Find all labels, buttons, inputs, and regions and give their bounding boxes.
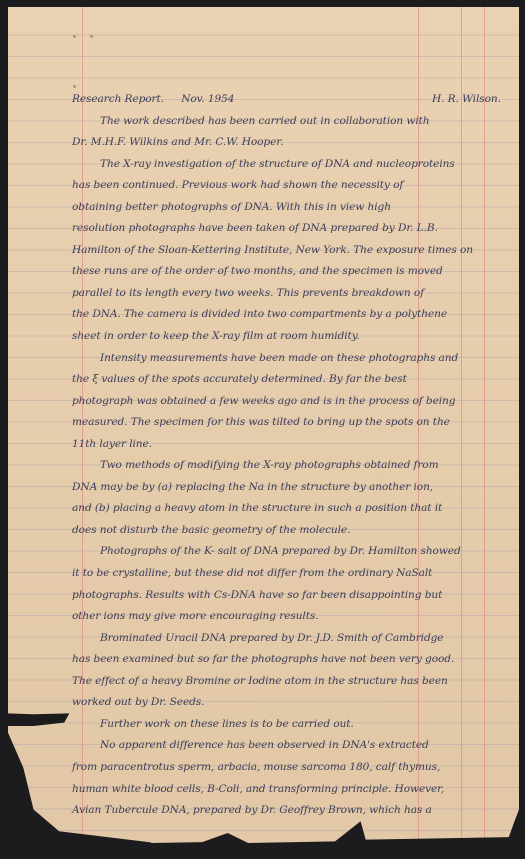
punch-mark [90, 35, 93, 38]
text-line: The X-ray investigation of the structure… [72, 154, 512, 176]
text-line: Further work on these lines is to be car… [72, 714, 512, 736]
text-line: obtaining better photographs of DNA. Wit… [72, 197, 512, 219]
text-line: The work described has been carried out … [72, 111, 512, 133]
text-line: resolution photographs have been taken o… [72, 218, 512, 240]
text-line: has been examined but so far the photogr… [72, 649, 512, 671]
report-author: H. R. Wilson. [432, 89, 501, 111]
punch-mark [73, 35, 76, 38]
text-line: sheet in order to keep the X-ray film at… [72, 326, 512, 348]
text-line: worked out by Dr. Seeds. [72, 692, 512, 714]
text-line: the DNA. The camera is divided into two … [72, 304, 512, 326]
text-line: No apparent difference has been observed… [72, 735, 512, 757]
text-line: Two methods of modifying the X-ray photo… [72, 455, 512, 477]
text-line: DNA may be by (a) replacing the Na in th… [72, 477, 512, 499]
text-line: parallel to its length every two weeks. … [72, 283, 512, 305]
text-line: from paracentrotus sperm, arbacia, mouse… [72, 757, 512, 779]
text-line: and (b) placing a heavy atom in the stru… [72, 498, 512, 520]
text-line: other ions may give more encouraging res… [72, 606, 512, 628]
text-line: The effect of a heavy Bromine or Iodine … [72, 671, 512, 693]
punch-mark [73, 85, 76, 88]
text-line: has been continued. Previous work had sh… [72, 175, 512, 197]
text-line: Photographs of the K- salt of DNA prepar… [72, 541, 512, 563]
text-line: does not disturb the basic geometry of t… [72, 520, 512, 542]
text-line: Brominated Uracil DNA prepared by Dr. J.… [72, 628, 512, 650]
text-line: it to be crystalline, but these did not … [72, 563, 512, 585]
report-header: Research Report. Nov. 1954 H. R. Wilson. [72, 89, 512, 111]
text-line: Hamilton of the Sloan-Kettering Institut… [72, 240, 512, 262]
text-line: photographs. Results with Cs-DNA have so… [72, 585, 512, 607]
text-line: Dr. M.H.F. Wilkins and Mr. C.W. Hooper. [72, 132, 512, 154]
report-date: Nov. 1954 [181, 93, 234, 105]
text-line: these runs are of the order of two month… [72, 261, 512, 283]
report-title: Research Report. [72, 93, 164, 105]
text-line: photograph was obtained a few weeks ago … [72, 391, 512, 413]
text-line: 11th layer line. [72, 434, 512, 456]
text-line: Avian Tubercule DNA, prepared by Dr. Geo… [72, 800, 512, 822]
text-line: human white blood cells, B-Coli, and tra… [72, 779, 512, 801]
text-line: Intensity measurements have been made on… [72, 348, 512, 370]
text-line: the ξ values of the spots accurately det… [72, 369, 512, 391]
handwritten-text: Research Report. Nov. 1954 H. R. Wilson.… [72, 89, 512, 822]
text-line: measured. The specimen for this was tilt… [72, 412, 512, 434]
